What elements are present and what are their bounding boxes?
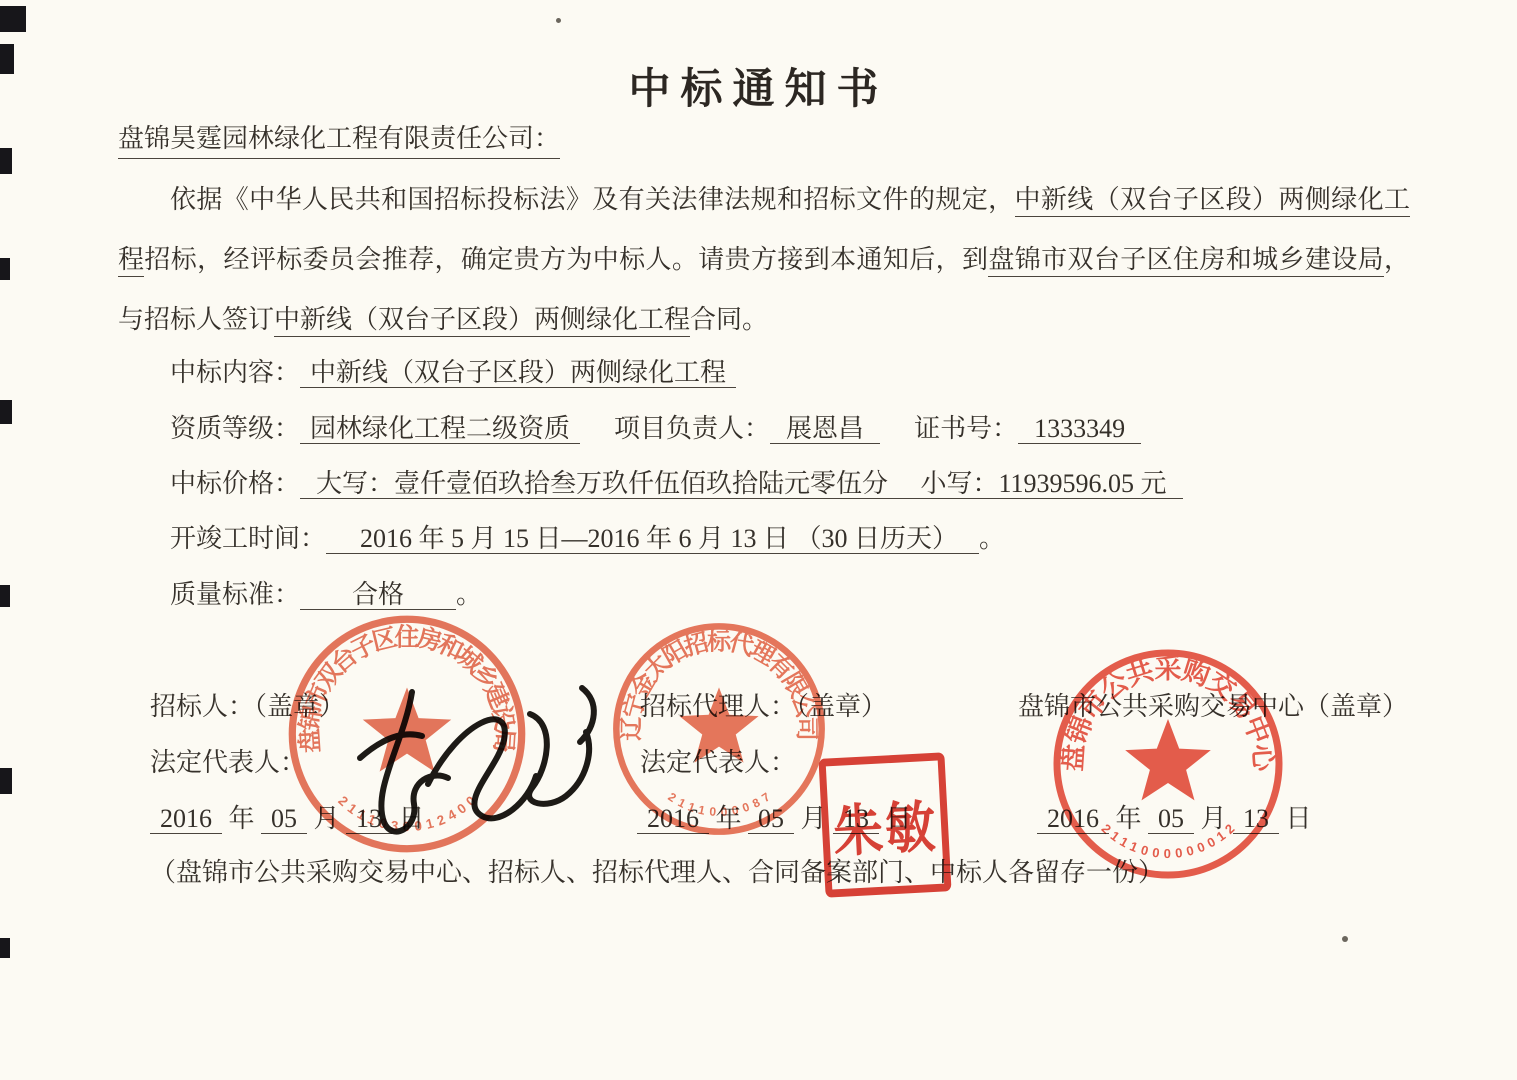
detail-row-content: 中标内容：中新线（双台子区段）两侧绿化工程 bbox=[170, 352, 736, 389]
trade-center-official-stamp: 盘锦市公共采购交易中心 2111000000012 bbox=[1048, 644, 1288, 884]
schedule-label: 开竣工时间： bbox=[170, 524, 326, 553]
content-label: 中标内容： bbox=[170, 358, 300, 387]
scan-artifact bbox=[0, 768, 12, 794]
cert-value: 1333349 bbox=[1018, 414, 1141, 444]
scan-artifact bbox=[0, 938, 10, 958]
personal-name-seal: 朱敏 bbox=[818, 752, 951, 897]
svg-text:2111000087: 2111000087 bbox=[665, 790, 772, 819]
paragraph-text: 依据《中华人民共和国招标投标法》及有关法律法规和招标文件的规定， bbox=[170, 185, 1015, 214]
manager-value: 展恩昌 bbox=[770, 414, 880, 444]
qualification-value: 园林绿化工程二级资质 bbox=[300, 414, 580, 444]
authority-name-underlined: 盘锦市双台子区住房和城乡建设局 bbox=[988, 245, 1384, 277]
scan-artifact bbox=[0, 400, 12, 424]
price-label: 中标价格： bbox=[170, 469, 300, 498]
addressee-company: 盘锦昊霆园林绿化工程有限责任公司： bbox=[118, 118, 560, 159]
date-year: 2016 bbox=[150, 804, 222, 834]
detail-row-schedule: 开竣工时间：2016 年 5 月 15 日—2016 年 6 月 13 日 （3… bbox=[170, 518, 1005, 555]
scan-artifact bbox=[0, 148, 12, 174]
project-name-underlined: 中新线（双台子区段）两侧绿化工程 bbox=[274, 305, 690, 337]
scan-artifact bbox=[0, 6, 26, 32]
handwritten-signature bbox=[332, 662, 632, 852]
date-year-unit: 年 bbox=[229, 804, 255, 833]
date-day-unit: 日 bbox=[1286, 804, 1312, 833]
detail-row-qualification: 资质等级：园林绿化工程二级资质项目负责人：展恩昌证书号：1333349 bbox=[170, 408, 1141, 445]
scan-speck bbox=[556, 18, 561, 23]
schedule-value: 2016 年 5 月 15 日—2016 年 6 月 13 日 （30 日历天） bbox=[326, 524, 979, 554]
svg-text:2111000000012: 2111000000012 bbox=[1099, 821, 1238, 861]
scan-artifact bbox=[0, 585, 10, 607]
star-icon bbox=[1125, 719, 1211, 800]
scanned-document-page: 中标通知书 盘锦昊霆园林绿化工程有限责任公司： 依据《中华人民共和国招标投标法》… bbox=[0, 0, 1517, 1080]
agent-official-stamp: 辽宁金太阳招标代理有限公司 2111000087 bbox=[608, 618, 830, 840]
page-title: 中标通知书 bbox=[0, 56, 1517, 116]
detail-row-price: 中标价格：大写：壹仟壹佰玖拾叁万玖仟伍佰玖拾陆元零伍分 小写：11939596.… bbox=[170, 463, 1183, 500]
price-value: 大写：壹仟壹佰玖拾叁万玖仟伍佰玖拾陆元零伍分 小写：11939596.05 元 bbox=[300, 469, 1183, 499]
content-value: 中新线（双台子区段）两侧绿化工程 bbox=[300, 358, 736, 388]
scan-speck bbox=[1342, 936, 1348, 942]
cert-label: 证书号： bbox=[914, 414, 1018, 443]
body-paragraph: 依据《中华人民共和国招标投标法》及有关法律法规和招标文件的规定，中新线（双台子区… bbox=[118, 170, 1410, 350]
scan-artifact bbox=[0, 258, 10, 280]
star-icon bbox=[679, 687, 758, 762]
detail-row-quality: 质量标准：合格。 bbox=[170, 574, 482, 611]
quality-label: 质量标准： bbox=[170, 580, 300, 609]
stamp-serial: 2111000000012 bbox=[1099, 821, 1238, 861]
name-seal-text: 朱敏 bbox=[831, 782, 939, 868]
stamp-serial: 2111000087 bbox=[665, 790, 772, 819]
period-mark: 。 bbox=[979, 524, 1005, 553]
manager-label: 项目负责人： bbox=[614, 414, 770, 443]
period-mark: 。 bbox=[456, 580, 482, 609]
paragraph-text: 招标，经评标委员会推荐，确定贵方为中标人。请贵方接到本通知后，到 bbox=[144, 245, 988, 274]
qualification-label: 资质等级： bbox=[170, 414, 300, 443]
paragraph-text: 合同。 bbox=[690, 305, 768, 334]
quality-value: 合格 bbox=[300, 580, 456, 610]
